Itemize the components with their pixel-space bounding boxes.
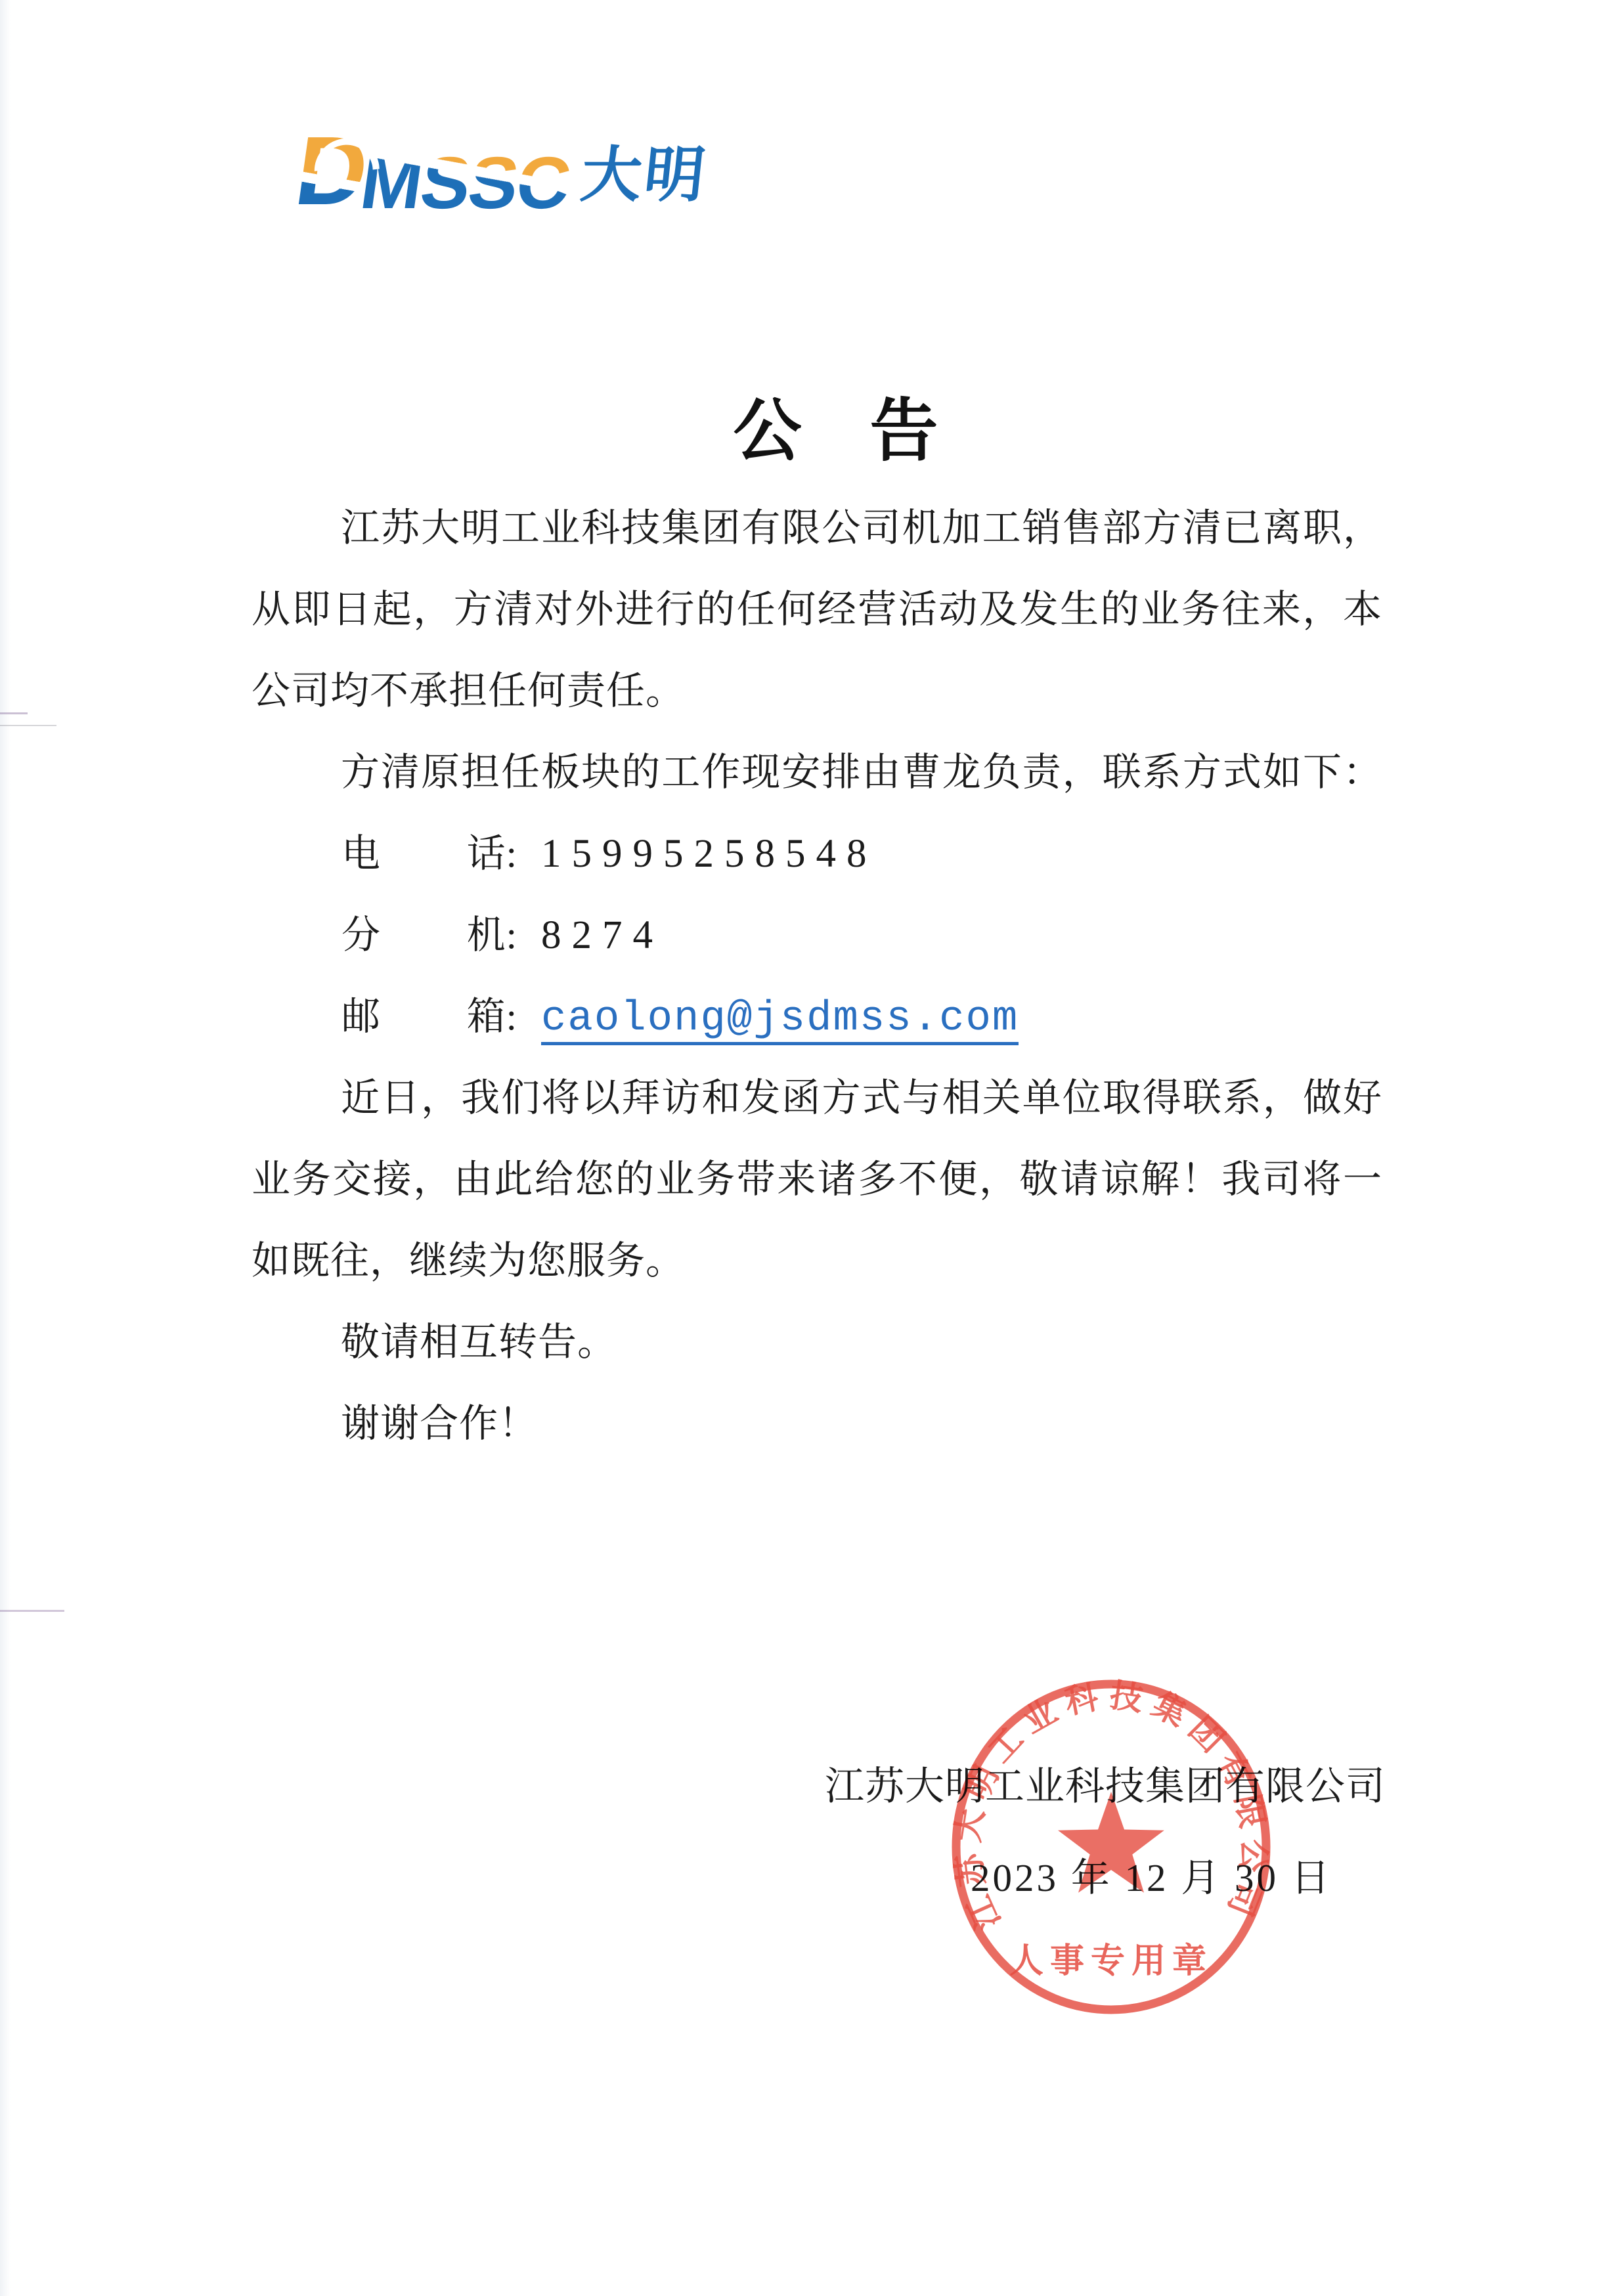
paragraph3-line2: 业务交接，由此给您的业务带来诸多不便，敬请谅解！我司将一 bbox=[252, 1138, 1382, 1220]
scan-artifact bbox=[0, 1610, 64, 1612]
announcement-body: 江苏大明工业科技集团有限公司机加工销售部方清已离职， 从即日起，方清对外进行的任… bbox=[252, 487, 1382, 1464]
logo-wordmark: D MSSC bbox=[290, 123, 577, 220]
contact-row-phone: 电 话: 15995258548 bbox=[252, 813, 1382, 894]
seal-bottom-text: 人事专用章 bbox=[1009, 1942, 1213, 1980]
extension-label: 分 机: bbox=[341, 894, 517, 976]
email-link[interactable]: caolong@jsdmss.com bbox=[541, 996, 1019, 1045]
extension-number: 8274 bbox=[541, 895, 663, 976]
page-title: 公 告 bbox=[24, 376, 1624, 474]
logo-chinese-name: 大明 bbox=[577, 145, 711, 220]
company-logo: D MSSC 大明 bbox=[297, 112, 707, 220]
title-char-1: 公 bbox=[733, 376, 801, 474]
extension-label-left: 分 bbox=[341, 894, 381, 976]
contact-row-extension: 分 机: 8274 bbox=[252, 894, 1382, 976]
phone-number: 15995258548 bbox=[541, 813, 877, 895]
document-page: D MSSC 大明 公 告 江苏大明工业科技集团有限公司机加工销售部方清已离职，… bbox=[0, 0, 1624, 2296]
logo-letters-mssc: MSSC bbox=[356, 146, 573, 220]
scan-artifact bbox=[0, 725, 56, 726]
phone-label-right: 话: bbox=[467, 813, 517, 894]
phone-label-left: 电 bbox=[341, 813, 381, 894]
seal-star-icon bbox=[1058, 1792, 1164, 1893]
email-label-left: 邮 bbox=[341, 976, 381, 1057]
paragraph1-line2: 从即日起，方清对外进行的任何经营活动及发生的业务往来，本 bbox=[252, 569, 1382, 650]
email-label-right: 箱: bbox=[467, 976, 517, 1057]
title-char-2: 告 bbox=[870, 376, 938, 474]
scan-artifact bbox=[0, 712, 28, 714]
scan-edge-tint bbox=[0, 0, 11, 2296]
contact-row-email: 邮 箱: caolong@jsdmss.com bbox=[252, 976, 1382, 1057]
paragraph1-line3: 公司均不承担任何责任。 bbox=[252, 650, 1382, 731]
email-label: 邮 箱: bbox=[341, 976, 517, 1057]
paragraph5-line1: 谢谢合作！ bbox=[252, 1383, 1382, 1464]
company-seal-stamp: 江苏大明工业科技集团有限公司 人事专用章 bbox=[950, 1678, 1272, 2016]
paragraph3-line1: 近日，我们将以拜访和发函方式与相关单位取得联系，做好 bbox=[252, 1057, 1382, 1138]
paragraph3-line3: 如既往，继续为您服务。 bbox=[252, 1220, 1382, 1301]
paragraph4-line1: 敬请相互转告。 bbox=[252, 1301, 1382, 1383]
paragraph2-line1: 方清原担任板块的工作现安排由曹龙负责，联系方式如下： bbox=[252, 731, 1382, 813]
phone-label: 电 话: bbox=[341, 813, 517, 894]
paragraph1-line1: 江苏大明工业科技集团有限公司机加工销售部方清已离职， bbox=[252, 487, 1382, 569]
extension-label-right: 机: bbox=[467, 894, 517, 976]
